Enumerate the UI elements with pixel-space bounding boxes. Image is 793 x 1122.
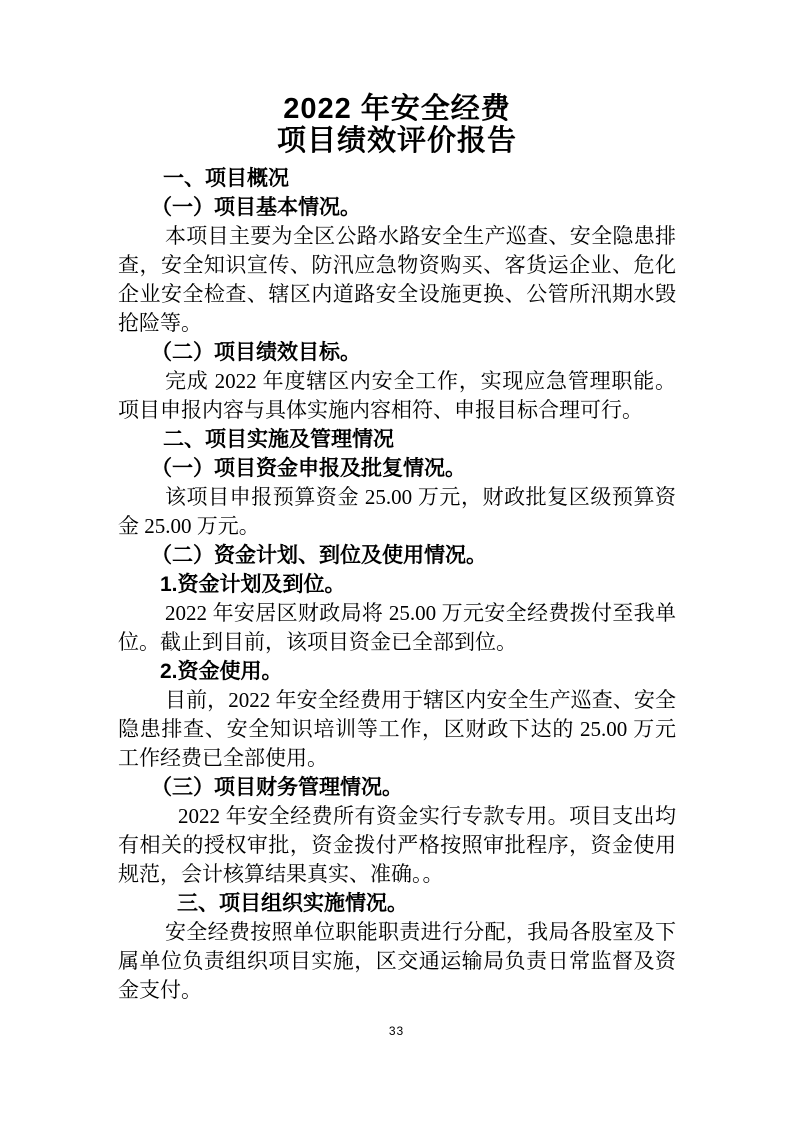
subsection-heading-2-3: （三）项目财务管理情况。 xyxy=(118,773,676,802)
document-title-line-1: 2022 年安全经费 xyxy=(118,93,676,125)
subsection-heading-1-1: （一）项目基本情况。 xyxy=(118,193,676,222)
item-heading-fund-plan: 1.资金计划及到位。 xyxy=(118,570,676,599)
paragraph-organization: 安全经费按照单位职能职责进行分配，我局各股室及下属单位负责组织项目实施，区交通运… xyxy=(118,918,676,1005)
paragraph-basic-info: 本项目主要为全区公路水路安全生产巡查、安全隐患排查，安全知识宣传、防汛应急物资购… xyxy=(118,222,676,338)
item-heading-fund-usage: 2.资金使用。 xyxy=(118,657,676,686)
document-content: 2022 年安全经费 项目绩效评价报告 一、项目概况 （一）项目基本情况。 本项… xyxy=(118,93,676,1005)
document-body: 一、项目概况 （一）项目基本情况。 本项目主要为全区公路水路安全生产巡查、安全隐… xyxy=(118,164,676,1005)
subsection-heading-2-2: （二）资金计划、到位及使用情况。 xyxy=(118,541,676,570)
document-page: 2022 年安全经费 项目绩效评价报告 一、项目概况 （一）项目基本情况。 本项… xyxy=(0,0,793,1122)
paragraph-fund-usage: 目前，2022 年安全经费用于辖区内安全生产巡查、安全隐患排查、安全知识培训等工… xyxy=(118,686,676,773)
document-title-line-2: 项目绩效评价报告 xyxy=(118,125,676,157)
subsection-heading-2-1: （一）项目资金申报及批复情况。 xyxy=(118,454,676,483)
page-number: 33 xyxy=(0,1024,793,1038)
paragraph-financial-management: 2022 年安全经费所有资金实行专款专用。项目支出均有相关的授权审批，资金拨付严… xyxy=(118,802,676,889)
section-heading-3: 三、项目组织实施情况。 xyxy=(118,889,676,918)
paragraph-performance-goal: 完成 2022 年度辖区内安全工作，实现应急管理职能。项目申报内容与具体实施内容… xyxy=(118,367,676,425)
paragraph-fund-plan: 2022 年安居区财政局将 25.00 万元安全经费拨付至我单位。截止到目前，该… xyxy=(118,599,676,657)
section-heading-1: 一、项目概况 xyxy=(118,164,676,193)
document-title: 2022 年安全经费 项目绩效评价报告 xyxy=(118,93,676,157)
paragraph-budget-approval: 该项目申报预算资金 25.00 万元，财政批复区级预算资金 25.00 万元。 xyxy=(118,483,676,541)
subsection-heading-1-2: （二）项目绩效目标。 xyxy=(118,338,676,367)
section-heading-2: 二、项目实施及管理情况 xyxy=(118,425,676,454)
